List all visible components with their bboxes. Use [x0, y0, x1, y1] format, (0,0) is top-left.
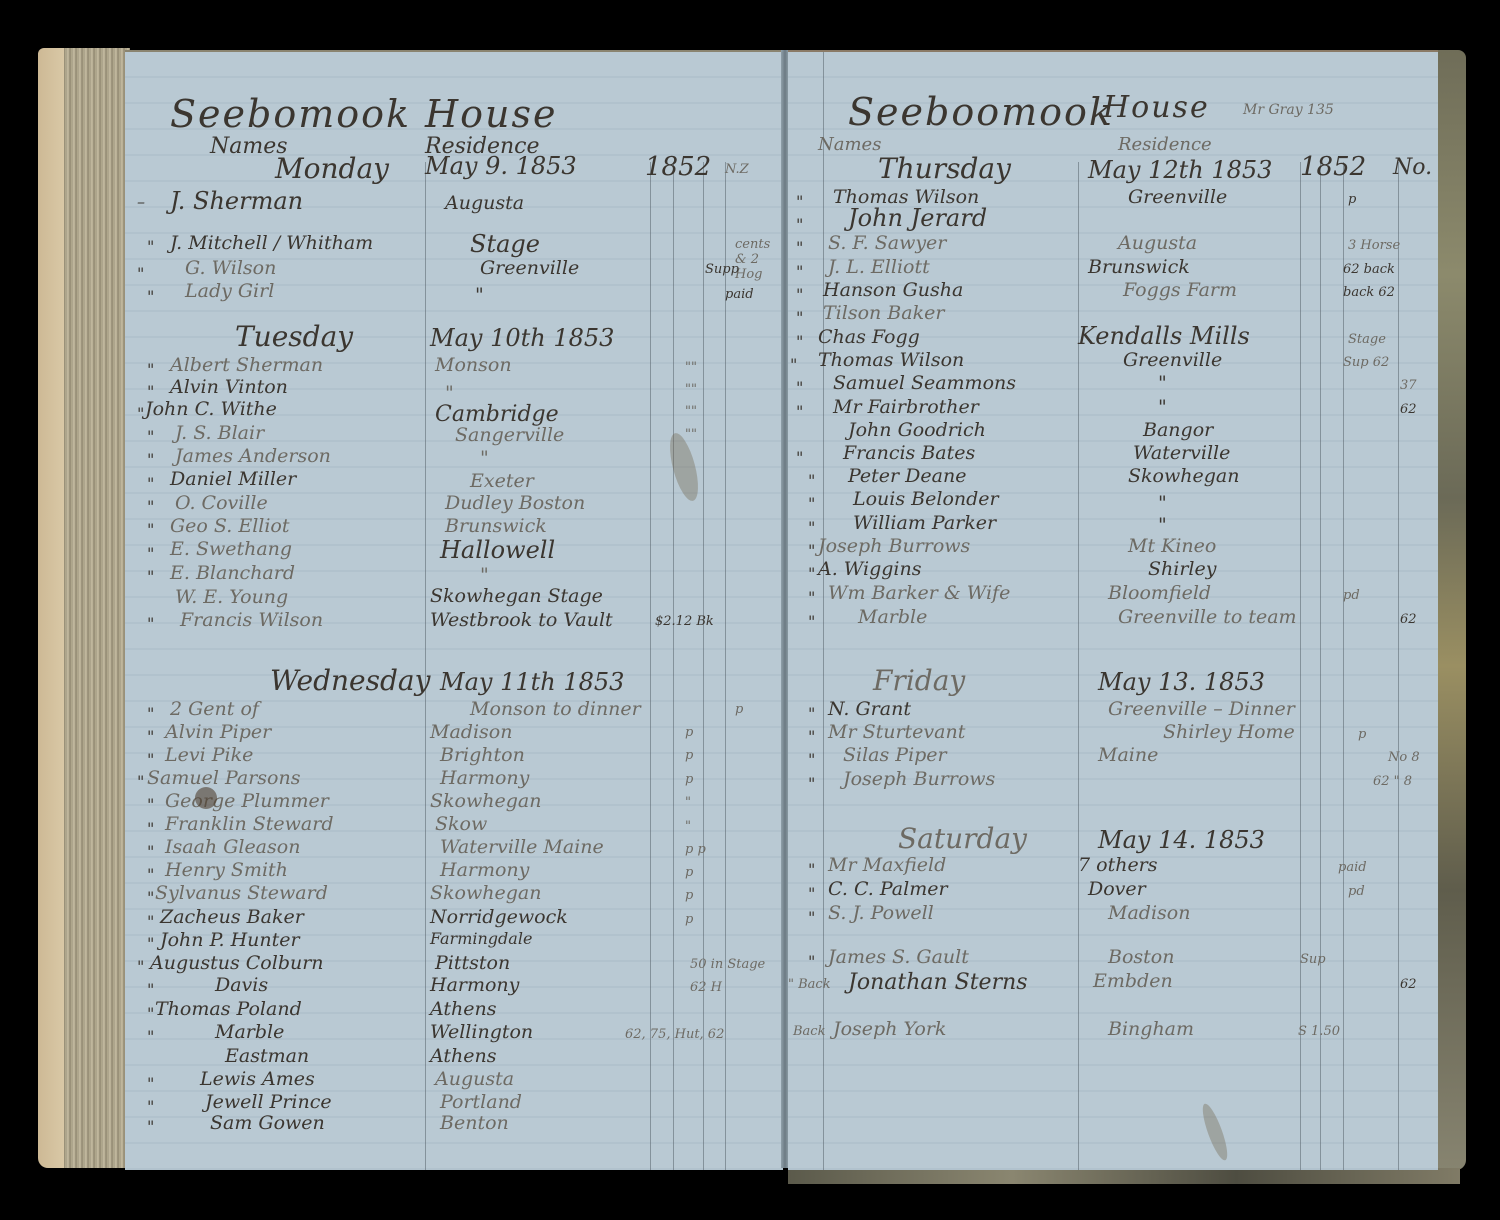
entry-mark: " [147, 727, 154, 746]
entry-mark: " [147, 287, 154, 306]
section-date: May 14. 1853 [1098, 826, 1265, 854]
entry-name: Sam Gowen [210, 1112, 325, 1134]
entry-residence: " [1158, 396, 1167, 418]
entry-mark: " [808, 541, 815, 560]
entry-mark: " [137, 772, 144, 791]
entry-residence: Monson [435, 354, 512, 376]
entry-mark: " [796, 262, 803, 281]
entry-residence: Madison [1108, 902, 1190, 924]
entry-mark: " [808, 612, 815, 631]
entry-mark: " [147, 614, 154, 633]
entry-name: Lewis Ames [200, 1068, 315, 1090]
entry-residence: Augusta [435, 1068, 514, 1090]
entry-mark: " [137, 404, 144, 423]
entry-residence: Brunswick [1088, 256, 1190, 278]
entry-note: 62 [1400, 977, 1417, 992]
entry-mark: " [808, 564, 815, 583]
entry-name: Augustus Colburn [150, 952, 324, 974]
entry-name: Peter Deane [848, 465, 966, 487]
entry-name: Hanson Gusha [823, 279, 963, 301]
entry-residence: Shirley Home [1163, 721, 1295, 743]
entry-name: Thomas Wilson [818, 349, 964, 371]
entry-residence: Stage [470, 230, 540, 258]
entry-residence: Augusta [1118, 232, 1197, 254]
entry-name: George Plummer [165, 790, 329, 812]
entry-residence: " [1158, 492, 1167, 514]
entry-residence: " [475, 284, 484, 306]
entry-name: James S. Gault [828, 946, 969, 968]
entry-name: C. C. Palmer [828, 878, 948, 900]
entry-name: John Goodrich [848, 419, 986, 441]
entry-residence: Mt Kineo [1128, 535, 1216, 557]
entry-note: "" [685, 427, 697, 442]
entry-mark: " [147, 497, 154, 516]
entry-name: Jewell Prince [205, 1091, 332, 1113]
entry-mark: " [808, 750, 815, 769]
entry-mark: " [147, 704, 154, 723]
entry-mark: " [147, 1027, 154, 1046]
entry-mark: " [147, 934, 154, 953]
column-rule-margin [823, 52, 824, 1170]
entry-name: Louis Belonder [853, 488, 999, 510]
entry-residence: Sangerville [455, 424, 564, 446]
entry-name: Marble [858, 606, 927, 628]
entry-mark: " [796, 402, 803, 421]
entry-mark: " [796, 448, 803, 467]
entry-note: p [685, 912, 693, 927]
entry-residence: Boston [1108, 946, 1174, 968]
entry-name: Francis Wilson [180, 609, 323, 631]
entry-note: cents & 2 Hog [735, 237, 775, 282]
entry-note: p [685, 772, 693, 787]
entry-name: Franklin Steward [165, 813, 334, 835]
entry-note: p p [685, 842, 706, 857]
entry-residence: " [480, 447, 489, 469]
entry-note: Sup 62 [1343, 355, 1389, 370]
entry-note: 62 H [690, 980, 722, 995]
entry-mark: " Back [788, 977, 831, 992]
entry-mark: " [808, 588, 815, 607]
entry-residence: Hallowell [440, 536, 555, 564]
entry-residence: " [1158, 372, 1167, 394]
entry-name: E. Blanchard [170, 562, 295, 584]
entry-residence: Waterville Maine [440, 836, 604, 858]
entry-name: Zacheus Baker [160, 906, 304, 928]
entry-name: Mr Sturtevant [828, 721, 965, 743]
page-title-hotel: Seeboomook [848, 90, 1114, 134]
entry-note: p [1348, 192, 1356, 207]
section-date: May 11th 1853 [440, 668, 624, 696]
entry-name: Joseph Burrows [818, 535, 970, 557]
entry-residence: Foggs Farm [1123, 279, 1237, 301]
entry-name: John P. Hunter [160, 929, 300, 951]
entry-residence: Bingham [1108, 1018, 1194, 1040]
section-day: Monday [275, 152, 389, 185]
entry-mark: " [147, 1074, 154, 1093]
entry-name: Tilson Baker [823, 302, 944, 324]
entry-residence: Athens [430, 998, 497, 1020]
entry-name: J. Mitchell / Whitham [170, 232, 373, 254]
ledger-left-page: Seebomook House Names Residence 1852 N.Z… [125, 50, 783, 1170]
entry-residence: Westbrook to Vault [430, 609, 613, 631]
entry-mark: " [808, 952, 815, 971]
entry-name: Isaah Gleason [165, 836, 300, 858]
entry-note: " [685, 819, 691, 834]
entry-name: S. F. Sawyer [828, 232, 946, 254]
entry-note: 62 " 8 [1373, 774, 1412, 789]
entry-mark: " [790, 355, 797, 374]
entry-mark: " [808, 727, 815, 746]
entry-name: Sylvanus Steward [155, 882, 328, 904]
entry-residence: Skowhegan [430, 790, 541, 812]
entry-residence: Waterville [1133, 442, 1230, 464]
entry-residence: 7 others [1078, 854, 1158, 876]
entry-residence: Bloomfield [1108, 582, 1211, 604]
entry-residence: Monson to dinner [470, 698, 641, 720]
year-mark: 1852 [1300, 152, 1366, 182]
entry-residence: " [445, 382, 454, 404]
section-day: Friday [873, 664, 965, 697]
entry-mark: " [808, 860, 815, 879]
entry-note: p [735, 702, 743, 717]
entry-note: "" [685, 382, 697, 397]
entry-residence: Athens [430, 1045, 497, 1067]
entry-note: " [685, 795, 691, 810]
column-rule-2 [673, 162, 674, 1170]
entry-residence: Dudley Boston [445, 492, 585, 514]
book-cover-left [38, 48, 64, 1168]
entry-note: No 8 [1388, 750, 1420, 765]
entry-name: E. Swethang [170, 538, 292, 560]
entry-residence: Augusta [445, 192, 524, 214]
entry-residence: Harmony [430, 974, 519, 996]
entry-residence: Embden [1093, 970, 1173, 992]
entry-note: pd [1348, 884, 1365, 899]
entry-residence: Greenville to team [1118, 606, 1297, 628]
entry-name: Mr Maxfield [828, 854, 946, 876]
entry-name: 2 Gent of [170, 698, 259, 720]
entry-note: Supp [705, 262, 739, 277]
entry-mark: " [147, 865, 154, 884]
entry-note: back 62 [1343, 285, 1395, 300]
entry-residence: Portland [440, 1091, 522, 1113]
entry-name: Samuel Parsons [147, 767, 300, 789]
entry-name: J. Sherman [170, 187, 303, 215]
entry-name: Thomas Poland [155, 998, 302, 1020]
entry-name: W. E. Young [175, 586, 288, 608]
entry-mark: " [796, 378, 803, 397]
section-day: Wednesday [270, 664, 430, 697]
entry-note: 3 Horse [1348, 238, 1400, 253]
section-day: Tuesday [235, 320, 353, 353]
entry-note: p [1358, 727, 1366, 742]
entry-name: A. Wiggins [818, 558, 921, 580]
entry-mark: " [147, 520, 154, 539]
entry-mark: " [808, 774, 815, 793]
entry-note: 37 [1400, 378, 1417, 393]
entry-residence: Greenville [1123, 349, 1222, 371]
entry-name: Joseph York [833, 1018, 946, 1040]
column-rule-4 [1398, 162, 1399, 1170]
entry-note: p [685, 725, 693, 740]
entry-note: pd [1343, 588, 1360, 603]
entry-name: Henry Smith [165, 859, 288, 881]
entry-note: 62 [1400, 612, 1417, 627]
entry-name: Alvin Vinton [170, 376, 288, 398]
column-rule-residence [1078, 162, 1079, 1170]
entry-name: S. J. Powell [828, 902, 934, 924]
entry-mark: " [147, 842, 154, 861]
entry-name: Samuel Seammons [833, 372, 1016, 394]
entry-name: Albert Sherman [170, 354, 323, 376]
ledger-right-page: Seeboomook House Mr Gray 135 Names Resid… [788, 50, 1438, 1170]
entry-mark: " [147, 1117, 154, 1136]
column-header-residence: Residence [1118, 134, 1212, 155]
entry-name: James Anderson [175, 445, 331, 467]
entry-name: Lady Girl [185, 280, 274, 302]
section-date: May 12th 1853 [1088, 156, 1272, 184]
entry-residence: Norridgewock [430, 906, 568, 928]
column-rule-2 [1320, 162, 1321, 1170]
entry-name: Geo S. Elliot [170, 515, 290, 537]
entry-mark: " [796, 238, 803, 257]
section-date: May 10th 1853 [430, 324, 614, 352]
year-mark: 1852 [645, 152, 711, 182]
entry-name: J. S. Blair [175, 422, 264, 444]
entry-mark: " [808, 494, 815, 513]
entry-name: John C. Withe [145, 398, 277, 420]
entry-mark: " [147, 360, 154, 379]
entry-mark: " [147, 474, 154, 493]
entry-mark: " [808, 518, 815, 537]
entry-mark: " [147, 819, 154, 838]
column-header-names: Names [818, 134, 881, 155]
entry-residence: " [480, 564, 489, 586]
entry-residence: Shirley [1148, 558, 1216, 580]
entry-note: p [685, 888, 693, 903]
page-title-house: House [425, 92, 557, 136]
ink-blot [195, 787, 217, 809]
entry-note: p [685, 748, 693, 763]
entry-mark: " [137, 957, 144, 976]
page-title-hotel: Seebomook [170, 92, 411, 136]
entry-name: Silas Piper [843, 744, 947, 766]
entry-mark: Back [793, 1024, 825, 1039]
entry-residence: " [1158, 514, 1167, 536]
book-page-edges-left [42, 48, 130, 1168]
entry-note: 62 [1400, 402, 1417, 417]
entry-mark: " [147, 980, 154, 999]
column-rule-1 [650, 162, 651, 1170]
entry-mark: " [147, 544, 154, 563]
entry-residence: Bangor [1143, 419, 1213, 441]
entry-residence: Brunswick [445, 515, 547, 537]
ink-stain [664, 430, 703, 503]
entry-note: p [685, 865, 693, 880]
entry-residence: Madison [430, 721, 512, 743]
entry-note: "" [685, 360, 697, 375]
entry-mark: " [147, 567, 154, 586]
entry-mark: " [137, 264, 144, 283]
entry-residence: Greenville – Dinner [1108, 698, 1295, 720]
entry-mark: " [147, 237, 154, 256]
entry-note: Stage [1348, 332, 1386, 347]
entry-mark: " [147, 1097, 154, 1116]
entry-residence: Skowhegan [430, 882, 541, 904]
entry-residence: Harmony [440, 767, 529, 789]
entry-note: $2.12 Bk [655, 614, 714, 629]
entry-mark: " [147, 888, 154, 907]
ink-stain [1198, 1101, 1232, 1162]
section-date: May 13. 1853 [1098, 668, 1265, 696]
entry-mark: " [808, 471, 815, 490]
entry-residence: Brighton [440, 744, 525, 766]
entry-mark: " [147, 912, 154, 931]
entry-name: John Jerard [848, 204, 987, 232]
entry-residence: Skowhegan Stage [430, 585, 603, 607]
entry-mark: " [796, 192, 803, 211]
entry-mark: " [808, 908, 815, 927]
entry-name: Eastman [225, 1045, 309, 1067]
entry-mark: " [796, 332, 803, 351]
entry-residence: Skowhegan [1128, 465, 1239, 487]
page-pencil-note: Mr Gray 135 [1243, 102, 1334, 118]
entry-name: Francis Bates [843, 442, 975, 464]
entry-note: "" [685, 404, 697, 419]
entry-residence: Harmony [440, 859, 529, 881]
entry-name: O. Coville [175, 492, 268, 514]
entry-name: G. Wilson [185, 257, 276, 279]
entry-name: William Parker [853, 512, 996, 534]
entry-mark: " [808, 884, 815, 903]
entry-residence: Benton [440, 1112, 509, 1134]
entry-residence: Dover [1088, 878, 1146, 900]
entry-mark: " [796, 285, 803, 304]
entry-mark: " [147, 795, 154, 814]
entry-mark: " [796, 308, 803, 327]
entry-mark: " [796, 215, 803, 234]
section-day: Saturday [898, 822, 1027, 855]
entry-name: Levi Pike [165, 744, 253, 766]
entry-residence: Greenville [1128, 186, 1227, 208]
entry-note: 62 back [1343, 262, 1395, 277]
column-rule-1 [1300, 162, 1301, 1170]
book-cover-right-marbled [1438, 50, 1466, 1170]
page-title-house: House [1103, 90, 1210, 125]
entry-residence: Skow [435, 813, 487, 835]
entry-name: Daniel Miller [170, 468, 296, 490]
entry-note: 62, 75, Hut, 62 [625, 1027, 724, 1042]
entry-residence: Wellington [430, 1021, 533, 1043]
entry-name: Chas Fogg [818, 326, 920, 348]
section-day: Thursday [878, 152, 1011, 185]
entry-residence: Kendalls Mills [1078, 322, 1250, 350]
column-rule-3 [703, 162, 704, 1170]
column-rule-4 [725, 162, 726, 1170]
entry-note: S 1.50 [1298, 1024, 1340, 1039]
section-date: May 9. 1853 [425, 152, 577, 180]
entry-name: Joseph Burrows [843, 768, 995, 790]
entry-name: Mr Fairbrother [833, 396, 979, 418]
column-rule-3 [1343, 162, 1344, 1170]
entry-residence: Exeter [470, 470, 534, 492]
entry-note: 50 in Stage [690, 957, 765, 972]
entry-residence: Greenville [480, 257, 579, 279]
entry-name: Jonathan Sterns [848, 970, 1028, 995]
entry-name: Marble [215, 1021, 284, 1043]
entry-note: paid [725, 287, 754, 302]
entry-mark: " [147, 1004, 154, 1023]
entry-mark: " [147, 427, 154, 446]
entry-mark: " [808, 704, 815, 723]
column-header-note: N.Z [725, 162, 749, 177]
entry-name: J. L. Elliott [828, 256, 930, 278]
column-header-no: No. [1393, 155, 1432, 180]
entry-mark: – [137, 192, 145, 211]
entry-name: Alvin Piper [165, 721, 271, 743]
entry-note: paid [1338, 860, 1367, 875]
entry-residence: Pittston [435, 952, 510, 974]
entry-name: Davis [215, 974, 268, 996]
entry-note: Sup [1300, 952, 1326, 967]
book-cover-bottom [788, 1168, 1460, 1184]
entry-residence: Maine [1098, 744, 1158, 766]
entry-name: N. Grant [828, 698, 911, 720]
entry-residence: Farmingdale [430, 929, 532, 948]
entry-name: Wm Barker & Wife [828, 582, 1010, 604]
entry-mark: " [147, 450, 154, 469]
